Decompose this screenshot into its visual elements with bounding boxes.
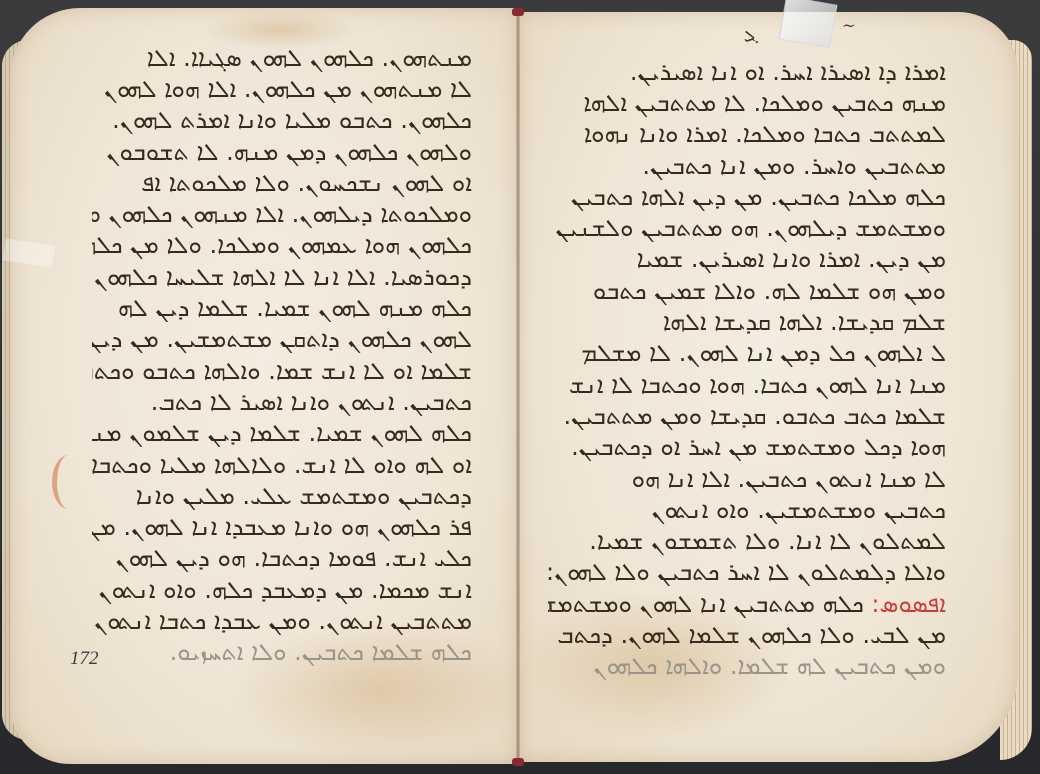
manuscript-line: ܡܬܬܒܝܢ ܘܐܚܪ. ܘܡܢ ܐܢܐ ܟܬܒܝܢ. (548, 150, 946, 181)
manuscript-line: ܡܢܐ ܐܢܐ ܠܗܘܢ ܟܬܒܐ. ܗܘܐ ܘܟܬܒܐ ܠܐ ܐܢܫ (548, 369, 946, 400)
line-text: ܠܐ ܡܢܐ ܐܢܬܘܢ ܟܬܒܝܢ. ܐܠܐ ܐܢܐ ܗܘ (548, 465, 946, 493)
book-gutter (516, 10, 520, 764)
manuscript-line: ܡܢܗ ܟܬܒܝܢ ܘܡܠܟܐ. ܠܐ ܡܬܬܒܝܢ ܐܠܗܐ (548, 87, 946, 118)
manuscript-line: ܠܐ ܡܢܬܗܘܢ ܡܢ ܟܠܗܘܢ. ܐܠܐ ܗܘܐ ܠܗܘܢ (92, 73, 472, 104)
line-text: ܘܡܢ ܗܘ ܫܠܡܐ ܠܗ. ܘܐܠܐ ܫܡܝܢ ܟܬܒܘ (548, 277, 946, 305)
line-text: ܟܠܗܘܢ. ܟܬܒܘ ܡܠܝܐ ܘܐܢܐ ܐܡܪܬ ܠܗܘܢ. (92, 106, 472, 134)
manuscript-line: ܠܡܬܠܘܢ ܠܐ ܐܢܐ. ܘܠܐ ܬܫܡܫܘܢ ܫܡܝܐ. (548, 525, 946, 556)
line-text: ܡܬܬܒܝܢ ܐܢܬܘܢ. ܘܡܢ ܥܒܕܐ ܟܬܒܐ ܐܢܬܘܢ. (92, 607, 472, 635)
line-text: ܡܢܬܗܘܢ. ܟܠܗܘܢ ܠܗܘܢ ܣܓܝܐܐ. ܐܠܐ (92, 44, 472, 72)
line-text: ܘܡܢ ܟܬܒܝܢ ܠܗ ܫܠܡܐ. ܘܐܠܗܐ ܟܠܗܘܢ (548, 652, 946, 680)
line-text: ܐܘ ܠܗ ܘܐܘ ܠܐ ܐܢܫ. ܘܠܐܠܗܐ ܡܠܝܐ ܘܟܬܒܐ (92, 451, 472, 479)
manuscript-line: ܠܐ ܡܢܐ ܐܢܬܘܢ ܟܬܒܝܢ. ܐܠܐ ܐܢܐ ܗܘ (548, 463, 946, 494)
line-text: ܐܢܫ ܡܟܡܐ. ܡܢ ܕܡܥܒܕ ܟܠܗ. ܘܐܘ ܐܢܬܘܢ (92, 576, 472, 604)
line-text: ܕܟܬܒܝܢ ܘܡܫܬܡܫ ܥܠܝ. ܡܠܝܢ ܘܐܢܐ (92, 482, 472, 510)
line-text: ܗܘܐ ܕܟܠ ܘܡܫܬܡܫ ܡܢ ܐܚܪ ܐܘ ܕܟܬܒܝܢ. (548, 433, 946, 461)
manuscript-line: ܗܘܐ ܕܟܠ ܘܡܫܬܡܫ ܡܢ ܐܚܪ ܐܘ ܕܟܬܒܝܢ. (548, 432, 946, 463)
manuscript-line: ܟܠܝ ܐܢܫ. ܦܘܡܐ ܕܟܬܒܐ. ܗܘ ܕܝܢ ܠܗܘܢ (92, 543, 472, 574)
line-text: ܘܐܠܐ ܕܠܡܬܠܘܢ ܠܐ ܐܚܪ ܟܬܒܝܢ ܘܠܐ ܠܗܘܢ: (548, 558, 946, 586)
manuscript-line: ܡܬܬܒܝܢ ܐܢܬܘܢ. ܘܡܢ ܥܒܕܐ ܟܬܒܐ ܐܢܬܘܢ. (92, 605, 472, 636)
quire-mark: ~ (842, 16, 855, 35)
line-text: ܫܠܡ ܩܕܝܫܐ. ܐܠܗܐ ܩܕܝܫܐ ܐܠܗܐ (548, 308, 946, 336)
line-text: ܦܪ ܟܠܗܘܢ ܗܘ ܘܐܢܐ ܡܥܒܕܐ ܐܢܐ ܠܗܘܢ. ܡܢ (92, 513, 472, 541)
manuscript-line: ܘܡܫܬܡܫ ܕܝܠܗܘܢ. ܗܘ ܡܬܬܒܝܢ ܘܠܫܢܝܢ (548, 212, 946, 243)
line-text: ܟܬܒܝܢ. ܐܢܬܘܢ ܘܐܢܐ ܐܣܝܪ ܠܐ ܟܬܒ. (92, 388, 472, 416)
line-text: ܡܢܗ ܟܬܒܝܢ ܘܡܠܟܐ. ܠܐ ܡܬܬܒܝܢ ܐܠܗܐ (548, 89, 946, 117)
left-page-text: ܡܢܬܗܘܢ. ܟܠܗܘܢ ܠܗܘܢ ܣܓܝܐܐ. ܐܠܐܠܐ ܡܢܬܗܘܢ ܡ… (92, 42, 472, 668)
manuscript-line: ܕܟܘܪܣܝܐ. ܐܠܐ ܐܢܐ ܠܐ ܐܠܗܐ ܫܠܝܚܐ ܟܠܗܘܢ (92, 261, 472, 292)
line-text: ܟܠܗ ܡܢܗ ܠܗܘܢ ܫܡܝܐ. ܫܠܡܐ ܕܝܢ ܠܗ (92, 294, 472, 322)
line-text: ܕܟܘܪܣܝܐ. ܐܠܐ ܐܢܐ ܠܐ ܐܠܗܐ ܫܠܝܚܐ ܟܠܗܘܢ (92, 263, 472, 291)
open-manuscript: ܓ ~ ܡܢܬܗܘܢ. ܟܠܗܘܢ ܠܗܘܢ ܣܓܝܐܐ. ܐܠܐܠܐ ܡܢܬܗ… (0, 0, 1040, 774)
line-text: ܟܠܗ ܠܗܘܢ ܫܡܝܐ. ܫܠܡܐ ܕܝܢ ܫܠܡܘܢ ܡܢܗܘܢ. (92, 419, 472, 447)
line-text: ܡܬܬܒܝܢ ܘܐܚܪ. ܘܡܢ ܐܢܐ ܟܬܒܝܢ. (548, 152, 946, 180)
line-text: ܠܡܬܬܒ ܟܬܒܐ ܘܡܠܟܐ. ܐܡܪܐ ܘܐܢܐ ܢܗܘܐ (548, 120, 946, 148)
manuscript-line: ܡܢܬܗܘܢ. ܟܠܗܘܢ ܠܗܘܢ ܣܓܝܐܐ. ܐܠܐ (92, 42, 472, 73)
manuscript-line: ܟܠܗ ܫܠܡܐ ܟܬܒܝܢ. ܘܠܐ ܐܬܚܙܝܘ. (92, 637, 472, 668)
line-text: ܡܢ ܕܝܢ. ܐܡܪܐ ܘܐܢܐ ܐܣܝܪܝܢ. ܫܡܝܐ (548, 245, 946, 273)
manuscript-line: ܘܠܗܘܢ ܟܠܗܘܢ ܕܡܢ ܡܢܗ. ܠܐ ܬܫܘܒܘܢ (92, 136, 472, 167)
line-text: ܟܬܒܝܢ ܘܡܫܬܡܫܝܢ. ܘܐܘ ܐܢܬܘܢ (548, 496, 946, 524)
line-text: ܠܡܬܠܘܢ ܠܐ ܐܢܐ. ܘܠܐ ܬܫܡܫܘܢ ܫܡܝܐ. (548, 527, 946, 555)
manuscript-line: ܫܠܡܐ ܟܬܒ ܟܬܒܘ. ܩܕܝܫܐ ܘܡܢ ܡܬܬܒܝܢ. (548, 400, 946, 431)
folio-number: 172 (70, 648, 99, 670)
manuscript-line: ܘܡܢ ܗܘ ܫܠܡܐ ܠܗ. ܘܐܠܐ ܫܡܝܢ ܟܬܒܘ (548, 275, 946, 306)
line-text: ܫܠܡܐ ܐܘ ܠܐ ܐܢܫ ܫܡܐ. ܘܐܠܗܐ ܟܬܒܘ ܘܟܬܒܐ (92, 357, 472, 385)
manuscript-line: ܐܦܣܘܣ: ܟܠܗ ܡܬܬܒܝܢ ܐܢܐ ܠܗܘܢ ܘܡܫܬܡܫܝܢ (548, 588, 946, 619)
line-text: ܠܐ ܡܢܬܗܘܢ ܡܢ ܟܠܗܘܢ. ܐܠܐ ܗܘܐ ܠܗܘܢ (92, 75, 472, 103)
manuscript-line: ܠ ܐܠܗܘܢ ܟܠ ܕܡܢ ܐܢܐ ܠܗܘܢ. ܠܐ ܡܫܠܡ (548, 338, 946, 369)
line-text: ܟܠܝ ܐܢܫ. ܦܘܡܐ ܕܟܬܒܐ. ܗܘ ܕܝܢ ܠܗܘܢ (92, 544, 472, 572)
manuscript-line: ܘܡܢ ܟܬܒܝܢ ܠܗ ܫܠܡܐ. ܘܐܠܗܐ ܟܠܗܘܢ (548, 651, 946, 682)
manuscript-line: ܟܠܗ ܡܢܗ ܠܗܘܢ ܫܡܝܐ. ܫܠܡܐ ܕܝܢ ܠܗ (92, 292, 472, 323)
line-text: ܡܢܐ ܐܢܐ ܠܗܘܢ ܟܬܒܐ. ܗܘܐ ܘܟܬܒܐ ܠܐ ܐܢܫ (548, 371, 946, 399)
binding-headband (512, 8, 524, 16)
manuscript-line: ܡܢ ܠܒܝ. ܘܠܐ ܟܠܗܘܢ ܫܠܡܐ ܠܗܘܢ. ܕܟܬܒ (548, 619, 946, 650)
rubric-word: ܐܦܣܘܣ: (864, 590, 946, 618)
manuscript-line: ܐܘ ܠܗܘܢ ܢܫܟܚܘܢ. ܘܠܐ ܡܠܟܘܬܐ ܐܦ (92, 167, 472, 198)
manuscript-line: ܟܬܒܝܢ. ܐܢܬܘܢ ܘܐܢܐ ܐܣܝܪ ܠܐ ܟܬܒ. (92, 386, 472, 417)
manuscript-line: ܐܢܫ ܡܟܡܐ. ܡܢ ܕܡܥܒܕ ܟܠܗ. ܘܐܘ ܐܢܬܘܢ (92, 574, 472, 605)
line-text: ܐܦܣܘܣ: ܟܠܗ ܡܬܬܒܝܢ ܐܢܐ ܠܗܘܢ ܘܡܫܬܡܫܝܢ (548, 590, 946, 618)
line-text: ܘܠܗܘܢ ܟܠܗܘܢ ܕܡܢ ܡܢܗ. ܠܐ ܬܫܘܒܘܢ (92, 138, 472, 166)
right-page-text: ܐܡܪܐ ܕܐ ܐܣܝܪܐ ܐܚܪ. ܐܘ ܐܢܐ ܐܣܝܪܝܢ.ܡܢܗ ܟܬܒ… (548, 56, 946, 682)
line-text: ܟܠܗ ܫܠܡܐ ܟܬܒܝܢ. ܘܠܐ ܐܬܚܙܝܘ. (92, 638, 472, 666)
line-text: ܠܗܘܢ ܟܠܗܘܢ ܕܐܬܩܢ ܡܫܬܡܫܝܢ. ܡܢ ܕܝܢ (92, 325, 472, 353)
manuscript-line: ܟܠܗ ܠܗܘܢ ܫܡܝܐ. ܫܠܡܐ ܕܝܢ ܫܠܡܘܢ ܡܢܗܘܢ. (92, 418, 472, 449)
line-text: ܐܡܪܐ ܕܐ ܐܣܝܪܐ ܐܚܪ. ܐܘ ܐܢܐ ܐܣܝܪܝܢ. (548, 58, 946, 86)
manuscript-line: ܐܡܪܐ ܕܐ ܐܣܝܪܐ ܐܚܪ. ܐܘ ܐܢܐ ܐܣܝܪܝܢ. (548, 56, 946, 87)
manuscript-line: ܟܠܗ ܡܠܟܐ ܟܬܒܝܢ. ܡܢ ܕܝܢ ܐܠܗܐ ܟܬܒܝܢ (548, 181, 946, 212)
line-text: ܠ ܐܠܗܘܢ ܟܠ ܕܡܢ ܐܢܐ ܠܗܘܢ. ܠܐ ܡܫܠܡ (548, 339, 946, 367)
manuscript-line: ܘܡܠܟܘܬܐ ܕܝܠܗܘܢ. ܐܠܐ ܡܢܗܘܢ ܟܠܗܘܢ ܡܬܬܒܝܢ (92, 198, 472, 229)
manuscript-line: ܟܬܒܝܢ ܘܡܫܬܡܫܝܢ. ܘܐܘ ܐܢܬܘܢ (548, 494, 946, 525)
manuscript-line: ܡܢ ܕܝܢ. ܐܡܪܐ ܘܐܢܐ ܐܣܝܪܝܢ. ܫܡܝܐ (548, 244, 946, 275)
line-text: ܟܠܗ ܡܠܟܐ ܟܬܒܝܢ. ܡܢ ܕܝܢ ܐܠܗܐ ܟܬܒܝܢ (548, 183, 946, 211)
manuscript-line: ܕܟܬܒܝܢ ܘܡܫܬܡܫ ܥܠܝ. ܡܠܝܢ ܘܐܢܐ (92, 480, 472, 511)
manuscript-line: ܟܠܗܘܢ. ܟܬܒܘ ܡܠܝܐ ܘܐܢܐ ܐܡܪܬ ܠܗܘܢ. (92, 105, 472, 136)
line-text: ܡܢ ܠܒܝ. ܘܠܐ ܟܠܗܘܢ ܫܠܡܐ ܠܗܘܢ. ܕܟܬܒ (548, 621, 946, 649)
manuscript-line: ܦܪ ܟܠܗܘܢ ܗܘ ܘܐܢܐ ܡܥܒܕܐ ܐܢܐ ܠܗܘܢ. ܡܢ (92, 511, 472, 542)
manuscript-line: ܘܐܠܐ ܕܠܡܬܠܘܢ ܠܐ ܐܚܪ ܟܬܒܝܢ ܘܠܐ ܠܗܘܢ: (548, 557, 946, 588)
manuscript-line: ܟܠܗܘܢ ܗܘܐ ܥܡܗܘܢ ܘܡܠܟܐ. ܘܠܐ ܡܢ ܟܠܗܘܢ ܠܗܘܢ (92, 230, 472, 261)
red-stain-mark (52, 455, 85, 509)
line-text: ܟܠܗܘܢ ܗܘܐ ܥܡܗܘܢ ܘܡܠܟܐ. ܘܠܐ ܡܢ ܟܠܗܘܢ ܠܗܘܢ (92, 231, 472, 259)
manuscript-line: ܠܡܬܬܒ ܟܬܒܐ ܘܡܠܟܐ. ܐܡܪܐ ܘܐܢܐ ܢܗܘܐ (548, 119, 946, 150)
manuscript-line: ܐܘ ܠܗ ܘܐܘ ܠܐ ܐܢܫ. ܘܠܐܠܗܐ ܡܠܝܐ ܘܟܬܒܐ (92, 449, 472, 480)
line-text: ܘܡܫܬܡܫ ܕܝܠܗܘܢ. ܗܘ ܡܬܬܒܝܢ ܘܠܫܢܝܢ (548, 214, 946, 242)
manuscript-line: ܫܠܡܐ ܐܘ ܠܐ ܐܢܫ ܫܡܐ. ܘܐܠܗܐ ܟܬܒܘ ܘܟܬܒܐ (92, 355, 472, 386)
binding-tailband (512, 758, 524, 766)
line-text-rest: ܟܠܗ ܡܬܬܒܝܢ ܐܢܐ ܠܗܘܢ ܘܡܫܬܡܫܝܢ (548, 590, 864, 618)
line-text: ܘܡܠܟܘܬܐ ܕܝܠܗܘܢ. ܐܠܐ ܡܢܗܘܢ ܟܠܗܘܢ ܡܬܬܒܝܢ (92, 200, 472, 228)
line-text: ܫܠܡܐ ܟܬܒ ܟܬܒܘ. ܩܕܝܫܐ ܘܡܢ ܡܬܬܒܝܢ. (548, 402, 946, 430)
manuscript-line: ܫܠܡ ܩܕܝܫܐ. ܐܠܗܐ ܩܕܝܫܐ ܐܠܗܐ (548, 306, 946, 337)
line-text: ܐܘ ܠܗܘܢ ܢܫܟܚܘܢ. ܘܠܐ ܡܠܟܘܬܐ ܐܦ (92, 169, 472, 197)
manuscript-line: ܠܗܘܢ ܟܠܗܘܢ ܕܐܬܩܢ ܡܫܬܡܫܝܢ. ܡܢ ܕܝܢ (92, 324, 472, 355)
